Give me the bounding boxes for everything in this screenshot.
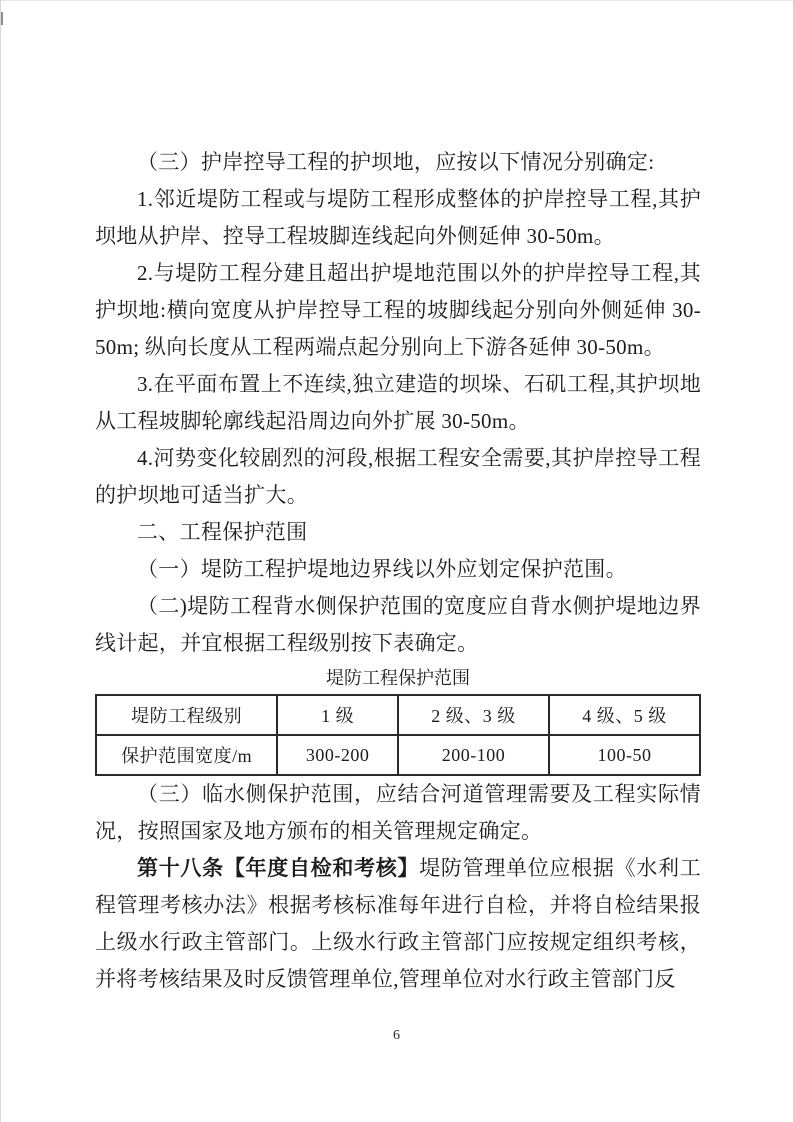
table-header-row: 堤防工程级别 1 级 2 级、3 级 4 级、5 级 — [96, 695, 700, 735]
paragraph-list-4: 4.河势变化较剧烈的河段,根据工程安全需要,其护岸控导工程的护坝地可适当扩大。 — [95, 440, 701, 514]
scan-edge-top-artifact — [0, 0, 793, 1]
paragraph-list-2: 2.与堤防工程分建且超出护堤地范围以外的护岸控导工程,其护坝地:横向宽度从护岸控… — [95, 255, 701, 366]
section-heading-2: 二、工程保护范围 — [95, 514, 701, 551]
table-caption: 堤防工程保护范围 — [95, 666, 701, 690]
table-cell: 保护范围宽度/m — [96, 735, 277, 775]
paragraph-list-3: 3.在平面布置上不连续,独立建造的坝垛、石矶工程,其护坝地从工程坡脚轮廓线起沿周… — [95, 366, 701, 440]
paragraph-item-3-intro: （三）护岸控导工程的护坝地，应按以下情况分别确定: — [95, 144, 701, 181]
paragraph-item-2: （二)堤防工程背水侧保护范围的宽度应自背水侧护堤地边界线计起，并宜根据工程级别按… — [95, 588, 701, 662]
table-header-cell: 4 级、5 级 — [549, 695, 700, 735]
table-header-cell: 堤防工程级别 — [96, 695, 277, 735]
paragraph-list-1: 1.邻近堤防工程或与堤防工程形成整体的护岸控导工程,其护坝地从护岸、控导工程坡脚… — [95, 181, 701, 255]
article-18-heading: 第十八条【年度自检和考核】 — [137, 856, 419, 880]
paragraph-item-3: （三）临水侧保护范围，应结合河道管理需要及工程实际情况，按照国家及地方颁布的相关… — [95, 776, 701, 850]
table-header-cell: 1 级 — [277, 695, 398, 735]
paragraph-article-18: 第十八条【年度自检和考核】堤防管理单位应根据《水利工程管理考核办法》根据考核标准… — [95, 850, 701, 998]
document-body: （三）护岸控导工程的护坝地，应按以下情况分别确定: 1.邻近堤防工程或与堤防工程… — [95, 144, 701, 998]
table-row: 保护范围宽度/m 300-200 200-100 100-50 — [96, 735, 700, 775]
table-cell: 200-100 — [398, 735, 549, 775]
paragraph-item-1: （一）堤防工程护堤地边界线以外应划定保护范围。 — [95, 551, 701, 588]
document-page: （三）护岸控导工程的护坝地，应按以下情况分别确定: 1.邻近堤防工程或与堤防工程… — [0, 0, 793, 1122]
table-header-cell: 2 级、3 级 — [398, 695, 549, 735]
table-cell: 100-50 — [549, 735, 700, 775]
protection-range-table: 堤防工程级别 1 级 2 级、3 级 4 级、5 级 保护范围宽度/m 300-… — [95, 694, 701, 776]
scan-edge-left-artifact — [0, 0, 1, 1122]
table-cell: 300-200 — [277, 735, 398, 775]
scan-corner-mark-artifact — [1, 12, 3, 25]
page-number: 6 — [0, 1028, 793, 1044]
